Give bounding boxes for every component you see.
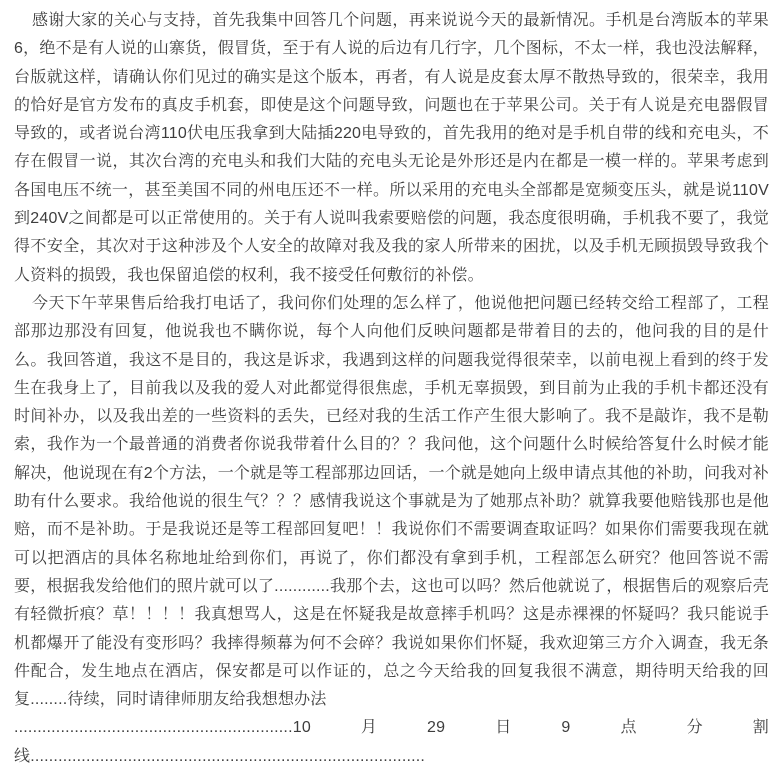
- paragraph-answers: 感谢大家的关心与支持，首先我集中回答几个问题，再来说说今天的最新情况。手机是台湾…: [14, 7, 769, 290]
- paragraph-update: 今天下午苹果售后给我打电话了，我问你们处理的怎么样了，他说他把问题已经转交给工程…: [14, 290, 769, 714]
- dotted-divider-line: ........................................…: [14, 714, 769, 771]
- document-page: 感谢大家的关心与支持，首先我集中回答几个问题，再来说说今天的最新情况。手机是台湾…: [0, 0, 779, 777]
